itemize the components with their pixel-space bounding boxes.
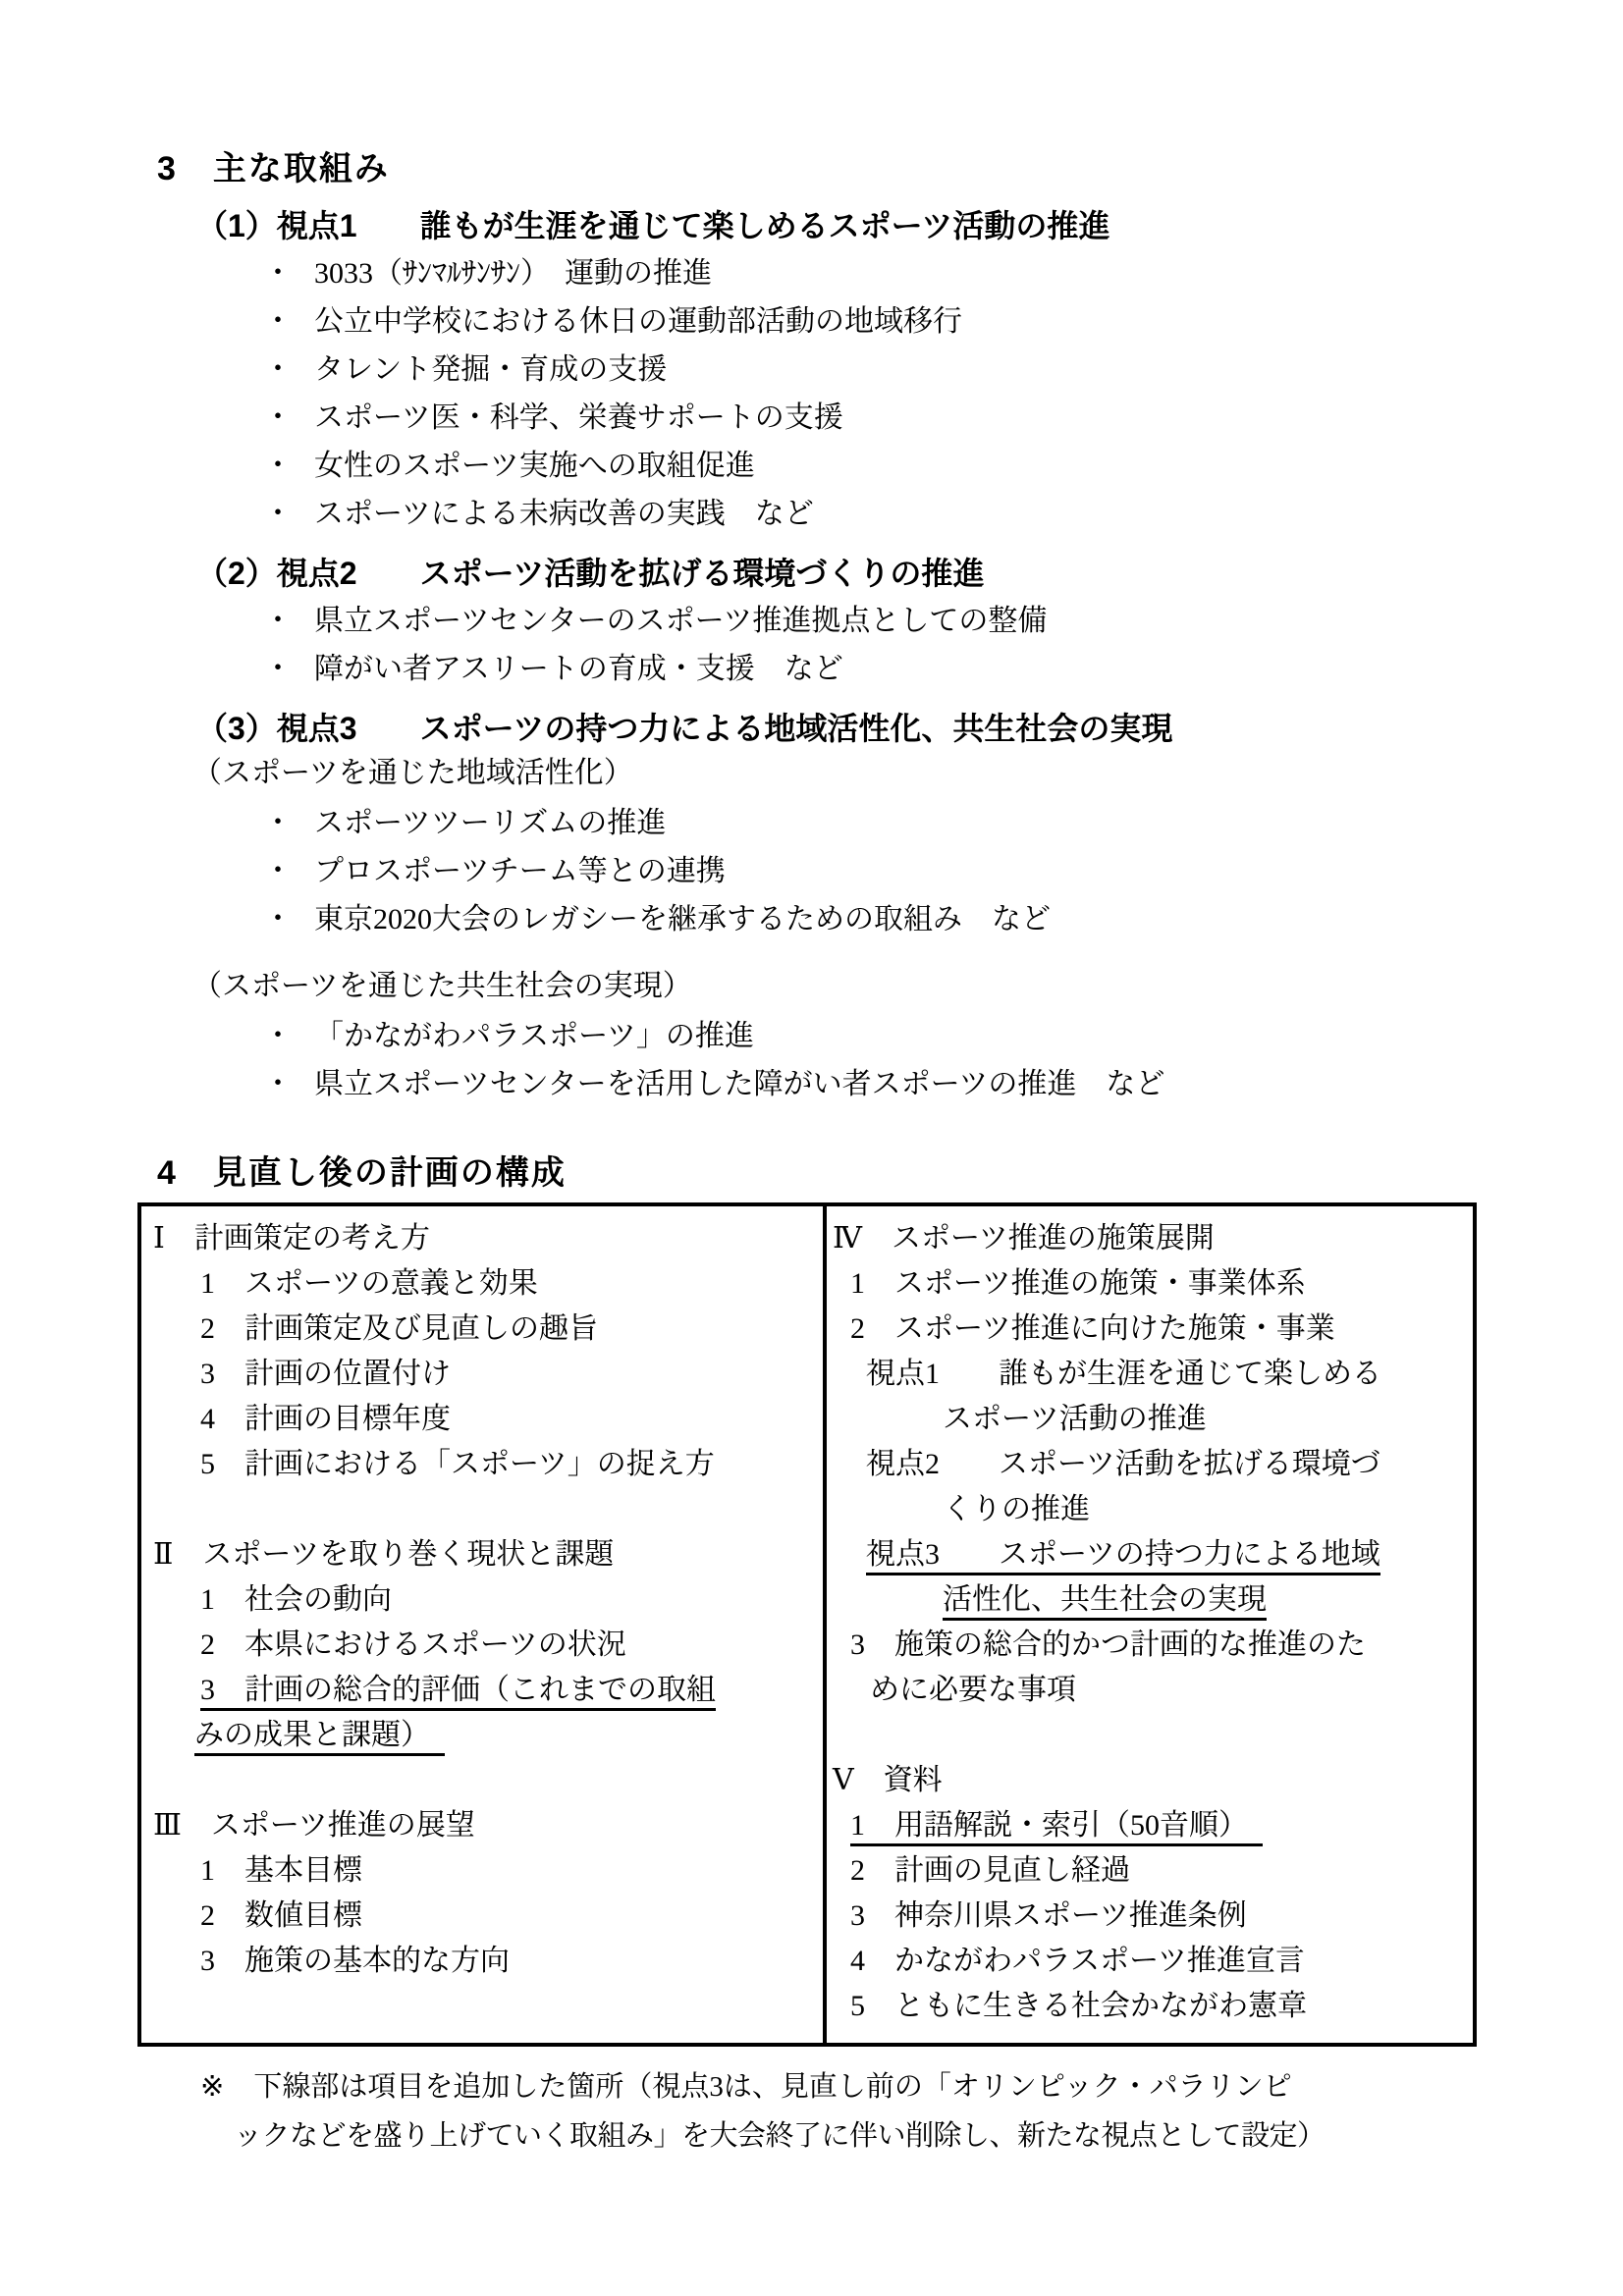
toc-line: 2 数値目標 bbox=[141, 1894, 823, 1939]
document-page: 3 主な取組み （1）視点1 誰もが生涯を通じて楽しめるスポーツ活動の推進・30… bbox=[0, 0, 1623, 2296]
bullet-dot-icon: ・ bbox=[263, 799, 314, 847]
toc-line: 2 計画策定及び見直しの趣旨 bbox=[141, 1307, 823, 1352]
toc-line: 4 計画の目標年度 bbox=[141, 1397, 823, 1442]
section-plan-structure: 4 見直し後の計画の構成 Ⅰ 計画策定の考え方1 スポーツの意義と効果2 計画策… bbox=[157, 1151, 1505, 2161]
bullet-text: スポーツ医・科学、栄養サポートの支援 bbox=[314, 394, 843, 442]
bullet-dot-icon: ・ bbox=[263, 249, 314, 297]
bullet-text: 「かながわパラスポーツ」の推進 bbox=[314, 1012, 754, 1060]
bullet-dot-icon: ・ bbox=[263, 346, 314, 394]
toc-line: Ⅱ スポーツを取り巻く現状と課題 bbox=[141, 1532, 823, 1577]
bullet-item: ・障がい者アスリートの育成・支援 など bbox=[263, 645, 1505, 693]
table-row: Ⅰ 計画策定の考え方1 スポーツの意義と効果2 計画策定及び見直しの趣旨3 計画… bbox=[139, 1204, 1475, 2045]
toc-underlined-text: 1 用語解説・索引（50音順） bbox=[850, 1809, 1263, 1846]
bullet-list: ・3033（ｻﾝﾏﾙｻﾝｻﾝ） 運動の推進・公立中学校における休日の運動部活動の… bbox=[263, 249, 1505, 538]
bullet-dot-icon: ・ bbox=[263, 597, 314, 645]
bullet-group-label: （スポーツを通じた地域活性化） bbox=[192, 750, 1505, 797]
toc-line: 3 施策の基本的な方向 bbox=[141, 1939, 823, 1984]
bullet-item: ・タレント発掘・育成の支援 bbox=[263, 346, 1505, 394]
bullet-dot-icon: ・ bbox=[263, 1060, 314, 1108]
bullet-item: ・「かながわパラスポーツ」の推進 bbox=[263, 1012, 1505, 1060]
bullet-dot-icon: ・ bbox=[263, 394, 314, 442]
bullet-item: ・公立中学校における休日の運動部活動の地域移行 bbox=[263, 297, 1505, 346]
section4-heading: 4 見直し後の計画の構成 bbox=[157, 1151, 1505, 1195]
toc-line: 1 社会の動向 bbox=[141, 1577, 823, 1623]
subsection-heading: （1）視点1 誰もが生涯を通じて楽しめるスポーツ活動の推進 bbox=[196, 204, 1505, 247]
bullet-dot-icon: ・ bbox=[263, 442, 314, 490]
toc-line: 視点3 スポーツの持つ力による地域 bbox=[827, 1532, 1473, 1577]
footnote-marker: ※ bbox=[200, 2062, 224, 2111]
toc-line: 視点1 誰もが生涯を通じて楽しめる bbox=[827, 1352, 1473, 1397]
footnote-line-2: ックなどを盛り上げていく取組み」を大会終了に伴い削除し、新たな視点として設定） bbox=[234, 2111, 1505, 2161]
bullet-item: ・県立スポーツセンターを活用した障がい者スポーツの推進 など bbox=[263, 1060, 1505, 1108]
bullet-text: タレント発掘・育成の支援 bbox=[314, 346, 667, 394]
section-main-initiatives: 3 主な取組み （1）視点1 誰もが生涯を通じて楽しめるスポーツ活動の推進・30… bbox=[157, 147, 1505, 1108]
bullet-item: ・女性のスポーツ実施への取組促進 bbox=[263, 442, 1505, 490]
bullet-text: スポーツツーリズムの推進 bbox=[314, 799, 666, 847]
bullet-item: ・スポーツによる未病改善の実践 など bbox=[263, 490, 1505, 538]
toc-line: 4 かながわパラスポーツ推進宣言 bbox=[827, 1939, 1473, 1984]
subsection-heading: （3）視点3 スポーツの持つ力による地域活性化、共生社会の実現 bbox=[196, 707, 1505, 750]
footnote: ※ 下線部は項目を追加した箇所（視点3は、見直し前の「オリンピック・パラリンピ … bbox=[157, 2062, 1505, 2161]
toc-underlined-text: みの成果と課題） bbox=[194, 1719, 445, 1756]
footnote-line-1: ※ 下線部は項目を追加した箇所（視点3は、見直し前の「オリンピック・パラリンピ bbox=[200, 2062, 1505, 2111]
toc-line: スポーツ活動の推進 bbox=[827, 1397, 1473, 1442]
toc-line: Ⅳ スポーツ推進の施策展開 bbox=[827, 1216, 1473, 1261]
bullet-text: スポーツによる未病改善の実践 など bbox=[314, 490, 814, 538]
toc-underlined-text: 3 計画の総合的評価（これまでの取組 bbox=[200, 1674, 716, 1711]
bullet-list: ・スポーツツーリズムの推進・プロスポーツチーム等との連携・東京2020大会のレガ… bbox=[263, 799, 1505, 943]
bullet-item: ・3033（ｻﾝﾏﾙｻﾝｻﾝ） 運動の推進 bbox=[263, 249, 1505, 297]
section3-heading: 3 主な取組み bbox=[157, 147, 1505, 190]
bullet-item: ・東京2020大会のレガシーを継承するための取組み など bbox=[263, 895, 1505, 943]
toc-underlined-text: 視点3 スポーツの持つ力による地域 bbox=[866, 1538, 1380, 1575]
plan-structure-table: Ⅰ 計画策定の考え方1 スポーツの意義と効果2 計画策定及び見直しの趣旨3 計画… bbox=[137, 1202, 1477, 2047]
bullet-text: 東京2020大会のレガシーを継承するための取組み など bbox=[314, 895, 1051, 943]
toc-line: 活性化、共生社会の実現 bbox=[827, 1577, 1473, 1623]
toc-blank-line bbox=[141, 1487, 823, 1532]
bullet-item: ・プロスポーツチーム等との連携 bbox=[263, 847, 1505, 895]
toc-line: 視点2 スポーツ活動を拡げる環境づ bbox=[827, 1442, 1473, 1487]
toc-line: 3 計画の総合的評価（これまでの取組 bbox=[141, 1668, 823, 1713]
toc-line: Ⅲ スポーツ推進の展望 bbox=[141, 1803, 823, 1848]
bullet-dot-icon: ・ bbox=[263, 1012, 314, 1060]
toc-line: 1 基本目標 bbox=[141, 1848, 823, 1894]
section3-body: （1）視点1 誰もが生涯を通じて楽しめるスポーツ活動の推進・3033（ｻﾝﾏﾙｻ… bbox=[157, 204, 1505, 1108]
toc-line: 1 スポーツの意義と効果 bbox=[141, 1261, 823, 1307]
toc-underlined-text: 活性化、共生社会の実現 bbox=[943, 1583, 1267, 1621]
footnote-text-1: 下線部は項目を追加した箇所（視点3は、見直し前の「オリンピック・パラリンピ bbox=[253, 2062, 1291, 2111]
toc-line: 2 スポーツ推進に向けた施策・事業 bbox=[827, 1307, 1473, 1352]
bullet-text: 公立中学校における休日の運動部活動の地域移行 bbox=[314, 297, 962, 346]
bullet-item: ・スポーツツーリズムの推進 bbox=[263, 799, 1505, 847]
bullet-text: 女性のスポーツ実施への取組促進 bbox=[314, 442, 755, 490]
bullet-text: 3033（ｻﾝﾏﾙｻﾝｻﾝ） 運動の推進 bbox=[314, 249, 712, 297]
subsection-heading: （2）視点2 スポーツ活動を拡げる環境づくりの推進 bbox=[196, 552, 1505, 595]
bullet-text: プロスポーツチーム等との連携 bbox=[314, 847, 726, 895]
bullet-dot-icon: ・ bbox=[263, 847, 314, 895]
bullet-item: ・県立スポーツセンターのスポーツ推進拠点としての整備 bbox=[263, 597, 1505, 645]
bullet-text: 障がい者アスリートの育成・支援 など bbox=[314, 645, 843, 693]
bullet-item: ・スポーツ医・科学、栄養サポートの支援 bbox=[263, 394, 1505, 442]
toc-line: 1 スポーツ推進の施策・事業体系 bbox=[827, 1261, 1473, 1307]
bullet-dot-icon: ・ bbox=[263, 895, 314, 943]
toc-line: 2 本県におけるスポーツの状況 bbox=[141, 1623, 823, 1668]
bullet-dot-icon: ・ bbox=[263, 297, 314, 346]
bullet-list: ・県立スポーツセンターのスポーツ推進拠点としての整備・障がい者アスリートの育成・… bbox=[263, 597, 1505, 693]
toc-line: みの成果と課題） bbox=[141, 1713, 823, 1758]
toc-line: 5 ともに生きる社会かながわ憲章 bbox=[827, 1984, 1473, 2029]
toc-blank-line bbox=[141, 1758, 823, 1803]
toc-line: 1 用語解説・索引（50音順） bbox=[827, 1803, 1473, 1848]
toc-line: くりの推進 bbox=[827, 1487, 1473, 1532]
toc-line: Ⅴ 資料 bbox=[827, 1758, 1473, 1803]
table-cell-right: Ⅳ スポーツ推進の施策展開1 スポーツ推進の施策・事業体系2 スポーツ推進に向け… bbox=[825, 1204, 1475, 2045]
toc-line: 3 施策の総合的かつ計画的な推進のた bbox=[827, 1623, 1473, 1668]
bullet-dot-icon: ・ bbox=[263, 645, 314, 693]
toc-line: 2 計画の見直し経過 bbox=[827, 1848, 1473, 1894]
toc-line: 5 計画における「スポーツ」の捉え方 bbox=[141, 1442, 823, 1487]
bullet-text: 県立スポーツセンターを活用した障がい者スポーツの推進 など bbox=[314, 1060, 1164, 1108]
bullet-group-label: （スポーツを通じた共生社会の実現） bbox=[192, 963, 1505, 1010]
bullet-dot-icon: ・ bbox=[263, 490, 314, 538]
toc-line: 3 神奈川県スポーツ推進条例 bbox=[827, 1894, 1473, 1939]
toc-line: Ⅰ 計画策定の考え方 bbox=[141, 1216, 823, 1261]
toc-line: めに必要な事項 bbox=[827, 1668, 1473, 1713]
toc-blank-line bbox=[827, 1713, 1473, 1758]
table-cell-left: Ⅰ 計画策定の考え方1 スポーツの意義と効果2 計画策定及び見直しの趣旨3 計画… bbox=[139, 1204, 825, 2045]
bullet-list: ・「かながわパラスポーツ」の推進・県立スポーツセンターを活用した障がい者スポーツ… bbox=[263, 1012, 1505, 1108]
toc-line: 3 計画の位置付け bbox=[141, 1352, 823, 1397]
bullet-text: 県立スポーツセンターのスポーツ推進拠点としての整備 bbox=[314, 597, 1047, 645]
